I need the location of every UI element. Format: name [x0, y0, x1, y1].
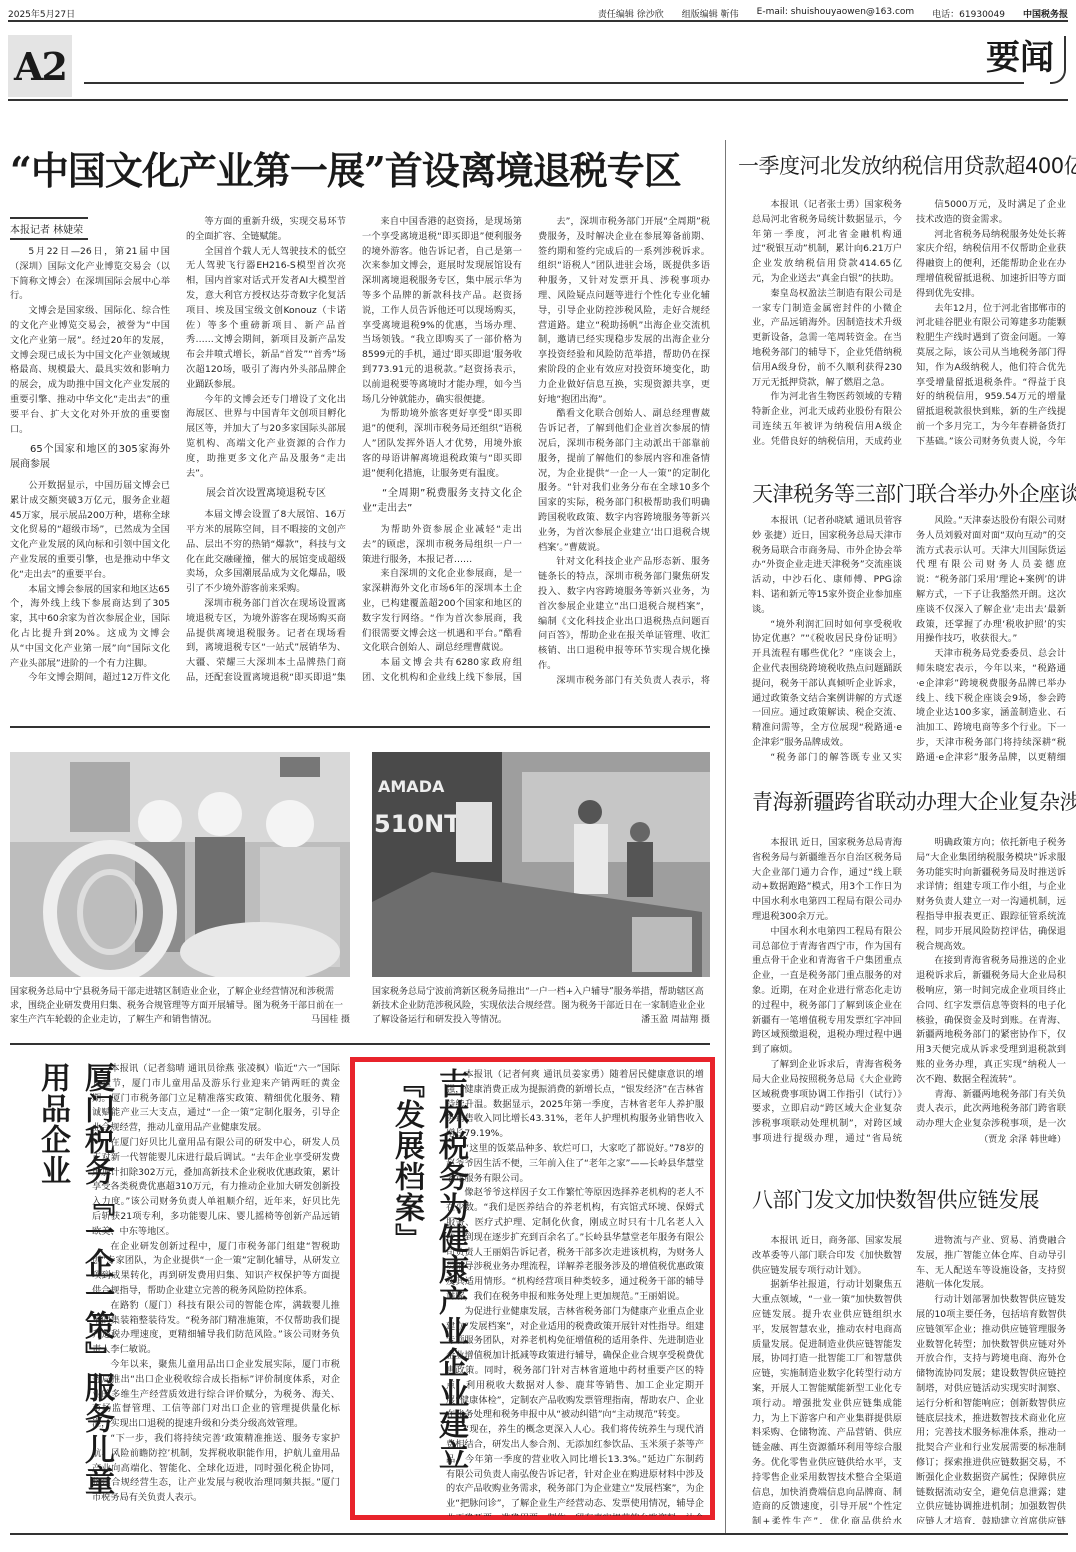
paragraph: 今年以来，聚焦儿童用品出口企业发展实际，厦门市税务局推出“出口企业税收综合成长指…	[92, 1358, 340, 1432]
photo-caption-1-text: 国家税务总局中宁县税务局干部走进辖区制造业企业，了解企业经营情况和涉税需求，围绕…	[10, 987, 343, 1025]
paragraph: 今年的文博会还专门增设了文化出海展区、世界与中国青年文创项目孵化展区等，并加大了…	[186, 393, 346, 482]
paragraph: 本届文博会共有6280家政府组团、文化机构和企业线上线下参展，国内31个省（自治…	[362, 656, 522, 685]
contact-email[interactable]: E-mail: shuishouyaowen@163.com	[757, 7, 915, 20]
paragraph: 河北省税务局纳税服务处处长蒋家庆介绍，纳税信用不仅帮助企业获得融资上的便利，还能…	[916, 228, 1066, 302]
paragraph: 今年文博会期间，超过12万件文化产品、4000多个文化产业投融资项目在现场进行展…	[10, 671, 170, 685]
paragraph: 为促进行业健康发展，吉林省税务部门为健康产业重点企业建立“发展档案”，对企业适用…	[446, 1305, 704, 1423]
paragraph: “税务部门的解答既专业又实用，特别是对跨境税收业务进行的政策指导，为我们规避了潜…	[752, 751, 902, 762]
layout-editor: 组版编辑 靳伟	[682, 7, 739, 20]
paragraph: 本报讯（记者翁晴 通讯员徐燕 张凌枫）临近“六一”国际儿童节，厦门市儿童用品及游…	[92, 1062, 340, 1136]
paragraph: 青海、新疆两地税务部门有关负责人表示，此次两地税务部门跨省联动办理大企业复杂涉税…	[916, 1088, 1066, 1132]
main-article-byline: 本报记者 林婕荣	[10, 217, 88, 240]
qinghai-article-signature: （贾龙 余泽 韩世峰）	[916, 1132, 1066, 1145]
qinghai-article-column-2: 明确政策方向；依托新电子税务局“大企业集团纳税服务模块”诉求服务功能实时向新疆税…	[916, 836, 1066, 1132]
paragraph: 据新华社报道，行动计划聚焦五大重点领域，“一业一策”加快数智供应链发展。提升农业…	[752, 1278, 902, 1524]
paper-name: 中国税务报	[1023, 7, 1068, 20]
factory-photo-illustration	[10, 752, 350, 977]
issue-date: 2025年5月27日	[8, 7, 75, 20]
paragraph: 为帮助外资参展企业减轻“走出去”的顾虑，深圳市税务局组织一户一策进行服务，本报记…	[362, 523, 522, 567]
supply-chain-article-column-1: 本报讯 近日，商务部、国家发展改革委等八部门联合印发《加快数智供应链发展专项行动…	[752, 1234, 902, 1524]
qinghai-article-title: 青海新疆跨省联动办理大企业复杂涉税事项	[752, 786, 1076, 816]
section-title: 要闻	[986, 30, 1054, 79]
jilin-article-body: 本报讯（记者何爽 通讯员姜家勇）随着居民健康意识的增强，健康消费正成为提振消费的…	[446, 1068, 704, 1516]
paragraph: “境外利润汇回时如何享受税收协定优惠？”“《税收居民身份证明》开具流程有哪些优化…	[752, 618, 902, 751]
tianjin-article-column-2: 风险。”天津泰达股份有限公司财务人员刘毅对面对面“双向互动”的交流方式表示认可。…	[916, 514, 1066, 762]
photo-tax-officers-wheel-factory	[10, 752, 350, 977]
tianjin-article-column-1: 本报讯（记者孙晓斌 通讯员菅容妙 张捷）近日，国家税务总局天津市税务局联合市商务…	[752, 514, 902, 762]
paragraph: 天津市税务局党委委员、总会计师朱晓宏表示，今年以来，“税路通·e企津彩”跨境税费…	[916, 647, 1066, 762]
supply-chain-article-title: 八部门发文加快数智供应链发展	[752, 1184, 1039, 1214]
paragraph: 等方面的重新升级，实现交易环节的全面扩容、全链赋能。	[186, 215, 346, 245]
main-article-column-4: 去”，深圳市税务部门开展“全周期”税费服务，及时解决企业在参展筹备前期、签约期和…	[538, 215, 710, 685]
paragraph: 深圳市税务部门首次在现场设置离境退税专区，为境外游客在现场购买商品提供离境退税服…	[186, 597, 346, 685]
xiamen-article-body: 本报讯（记者翁晴 通讯员徐燕 张凌枫）临近“六一”国际儿童节，厦门市儿童用品及游…	[92, 1062, 340, 1522]
paragraph: 全国首个载人无人驾驶技术的低空无人驾驶飞行器EH216-S模型首次亮相，国内首家…	[186, 245, 346, 393]
hebei-article-column-1: 本报讯（记者张士勇）国家税务总局河北省税务局统计数据显示，今年第一季度，河北省金…	[752, 198, 902, 446]
paragraph: 本报讯（记者何爽 通讯员姜家勇）随着居民健康意识的增强，健康消费正成为提振消费的…	[446, 1068, 704, 1142]
paragraph: 了解到企业诉求后，青海省税务局大企业局按照税务总局《大企业跨区域税费事项协调工作…	[752, 1058, 902, 1146]
paragraph: 本报讯（记者孙晓斌 通讯员菅容妙 张捷）近日，国家税务总局天津市税务局联合市商务…	[752, 514, 902, 618]
paragraph: 在企业研发创新过程中，厦门市税务部门组建“智税助创”专家团队，为企业提供“一企一…	[92, 1240, 340, 1299]
tianjin-article-title: 天津税务等三部门联合举办外企座谈会	[752, 478, 1076, 508]
paragraph: 在接到青海省税务局推送的企业退税诉求后，新疆税务局大企业局积极响应，第一时间完成…	[916, 954, 1066, 1087]
paragraph: 去年12月，位于河北省邯郸市的河北硅谷肥业有限公司筹建多功能颗粒肥生产线时遇到了…	[916, 302, 1066, 446]
photo-credit-1: 马国桂 摄	[311, 1013, 350, 1027]
paragraph: 本届文博会设置了8大展馆、16万平方米的展陈空间，目不暇接的文创产品、层出不穷的…	[186, 508, 346, 597]
main-article-column-2: 等方面的重新升级，实现交易环节的全面扩容、全链赋能。全国首个载人无人驾驶技术的低…	[186, 215, 346, 685]
subheading: 65个国家和地区的305家海外展商参展	[10, 443, 170, 473]
paragraph: 为帮助境外旅客更好享受“即买即退”的便利，深圳市税务局还组织“语税人”团队发挥外…	[362, 407, 522, 481]
contact-phone: 电话：61930049	[932, 7, 1005, 20]
page-bottom-rule	[10, 1533, 1068, 1535]
photo-credit-2: 潘玉盈 周喆翔 摄	[641, 1013, 710, 1027]
photo-caption-1: 国家税务总局中宁县税务局干部走进辖区制造业企业，了解企业经营情况和涉税需求，围绕…	[10, 985, 350, 1027]
paragraph: 行动计划部署加快数智供应链发展的10项主要任务，包括培育数智供应链领军企业；推动…	[916, 1293, 1066, 1524]
paragraph: 深圳市税务部门有关负责人表示，将进一步主动作为，靠前服务，落实落细税费优惠政策，…	[538, 674, 710, 685]
paragraph: 本报讯（记者张士勇）国家税务总局河北省税务局统计数据显示，今年第一季度，河北省金…	[752, 198, 902, 287]
paragraph: 文博会是国家级、国际化、综合性的文化产业博览交易会，被誉为“中国文化产业第一展”…	[10, 304, 170, 437]
paragraph: 明确政策方向；依托新电子税务局“大企业集团纳税服务模块”诉求服务功能实时向新疆税…	[916, 836, 1066, 954]
paragraph: 酷看文化联合创始人、副总经理曹葳告诉记者，了解到他们企业首次参展的情况后，深圳市…	[538, 407, 710, 555]
photo-caption-2: 国家税务总局宁波前湾新区税务局推出“一户一档+入户辅导”服务举措，帮助辖区高新技…	[372, 985, 710, 1027]
hebei-article-title: 一季度河北发放纳税信用贷款超400亿元	[738, 150, 1076, 180]
hebei-article-column-2: 信5000万元，及时满足了企业技术改造的资金需求。河北省税务局纳税服务处处长蒋家…	[916, 198, 1066, 446]
paragraph: 信5000万元，及时满足了企业技术改造的资金需求。	[916, 198, 1066, 228]
masthead-bar: 2025年5月27日 责任编辑 徐沙欣 组版编辑 靳伟 E-mail: shui…	[8, 6, 1068, 22]
supply-chain-article-column-2: 进物流与产业、贸易、消费融合发展，推广智能立体仓库、自动导引车、无人配送车等设施…	[916, 1234, 1066, 1524]
paragraph: “这里的饭菜品种多、软烂可口，大家吃了都说好。”78岁的赵爷爷因生活不便，三年前…	[446, 1142, 704, 1186]
paragraph: 在路豹（厦门）科技有限公司的智能仓库，满载婴儿推车的集装箱整装待发。“税务部门精…	[92, 1299, 340, 1358]
paragraph: 像赵爷爷这样因子女工作繁忙等原因选择养老机构的老人不在少数。“我们是医养结合的养…	[446, 1186, 704, 1304]
paragraph: 5月22日—26日，第21届中国（深圳）国际文化产业博览交易会（以下简称文博会）…	[10, 245, 170, 304]
paragraph: “下一步，我们将持续完善‘政策精准推送、服务专家护航、风险前瞻防控’机制，发挥税…	[92, 1432, 340, 1506]
svg-text:AMADA: AMADA	[378, 777, 445, 796]
paragraph: 在厦门好贝比儿童用品有限公司的研发中心，研发人员正对新一代智能婴儿床进行最后调试…	[92, 1136, 340, 1240]
main-article-title: “中国文化产业第一展”首设离境退税专区	[10, 140, 720, 195]
paragraph: 来自深圳的文化企业参展商，是一家深耕海外文化市场6年的深圳本土企业，已构建覆盖超…	[362, 567, 522, 656]
subheading: “全周期”税费服务支持文化企业“走出去”	[362, 487, 522, 517]
paragraph: 进物流与产业、贸易、消费融合发展，推广智能立体仓库、自动导引车、无人配送车等设施…	[916, 1234, 1066, 1293]
header-bottom-rule	[8, 99, 1068, 101]
subheading: 展会首次设置离境退税专区	[186, 487, 346, 502]
photo-section-rule	[10, 726, 710, 728]
paragraph: 来自中国香港的赵资扬，是现场第一个享受离境退税“即买即退”便利服务的境外游客。他…	[362, 215, 522, 407]
photo-tax-officers-machinery: AMADA 510NT	[372, 752, 710, 977]
paragraph: 本届文博会参展的国家和地区达65个，海外线上线下参展商达到了305家，其中60余…	[10, 583, 170, 672]
qinghai-article-column-1: 本报讯 近日，国家税务总局青海省税务局与新疆维吾尔自治区税务局大企业部门通力合作…	[752, 836, 902, 1146]
paragraph: 作为河北省生物医药领域的专精特新企业，河北天成药业股份有限公司连续五年被评为纳税…	[752, 390, 902, 446]
paragraph: 中国水利水电第四工程局有限公司总部位于青海省西宁市，作为国有重点骨干企业和青海省…	[752, 925, 902, 1058]
paragraph: 秦皇岛权盈法兰制造有限公司是一家专门制造金属密封件的小微企业，产品远销海外。因制…	[752, 287, 902, 391]
main-article-column-1: 5月22日—26日，第21届中国（深圳）国际文化产业博览交易会（以下简称文博会）…	[10, 245, 170, 685]
responsible-editor: 责任编辑 徐沙欣	[598, 7, 664, 20]
header-rule	[84, 82, 1024, 84]
column-divider	[725, 140, 726, 1535]
main-article-column-3: 来自中国香港的赵资扬，是现场第一个享受离境退税“即买即退”便利服务的境外游客。他…	[362, 215, 522, 685]
paragraph: 公开数据显示，中国历届文博会已累计成交额突破3万亿元，服务企业超45万家，展示展…	[10, 479, 170, 583]
page-number: A2	[8, 35, 72, 97]
paragraph: 针对文化科技企业产品形态新、服务链条长的特点，深圳市税务部门聚焦研发投入、数字内…	[538, 555, 710, 673]
paragraph: “现在，养生的概念更深入人心。我们将传统养生与现代消费相结合，研发出人参合剂、无…	[446, 1423, 704, 1516]
section-curve-decoration	[1050, 36, 1066, 84]
paragraph: 本报讯 近日，国家税务总局青海省税务局与新疆维吾尔自治区税务局大企业部门通力合作…	[752, 836, 902, 925]
paragraph: 本报讯 近日，商务部、国家发展改革委等八部门联合印发《加快数智供应链发展专项行动…	[752, 1234, 902, 1278]
svg-text:510NT: 510NT	[374, 810, 461, 838]
paragraph: 去”，深圳市税务部门开展“全周期”税费服务，及时解决企业在参展筹备前期、签约期和…	[538, 215, 710, 407]
paragraph: 风险。”天津泰达股份有限公司财务人员刘毅对面对面“双向互动”的交流方式表示认可。…	[916, 514, 1066, 647]
machinery-photo-illustration: AMADA 510NT	[372, 752, 710, 977]
bottom-section-rule	[10, 1043, 710, 1045]
